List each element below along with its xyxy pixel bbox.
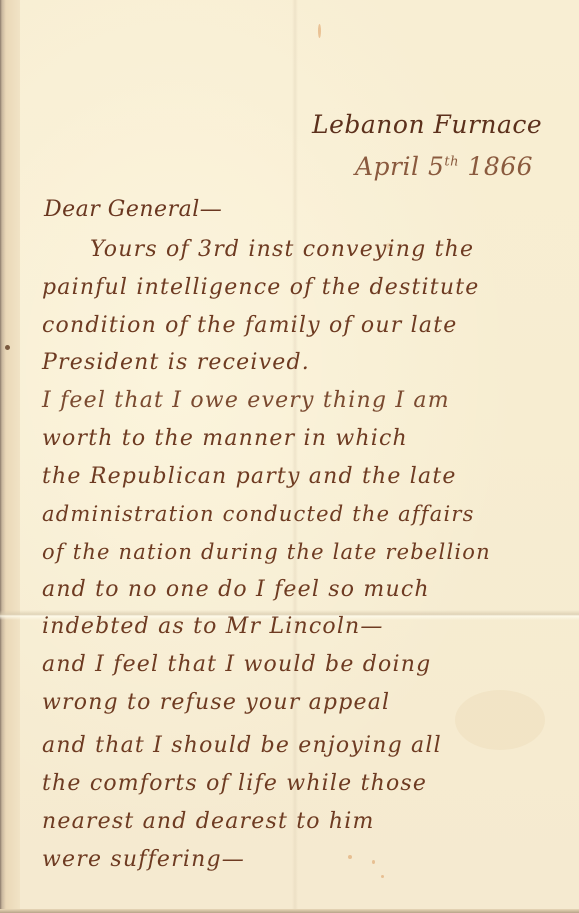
body-line: and I feel that I would be doing [42, 652, 431, 677]
foxing-stain [381, 875, 384, 878]
body-line: administration conducted the affairs [42, 502, 475, 526]
body-line: were suffering— [42, 847, 245, 872]
body-line: and to no one do I feel so much [42, 577, 430, 602]
body-line: indebted as to Mr Lincoln— [42, 614, 384, 639]
body-line: the Republican party and the late [42, 464, 457, 489]
body-line: Yours of 3rd inst conveying the [90, 237, 474, 262]
body-line: I feel that I owe every thing I am [42, 388, 450, 413]
foxing-stain [348, 855, 352, 859]
paper-bottom-edge [0, 909, 579, 913]
foxing-stain [372, 860, 375, 864]
margin-ink-mark [5, 345, 10, 350]
foxing-stain [318, 24, 321, 38]
letter-date: April 5th 1866 [355, 152, 533, 181]
letter-salutation: Dear General— [44, 197, 222, 222]
body-line: wrong to refuse your appeal [42, 690, 390, 715]
body-line: painful intelligence of the destitute [42, 275, 479, 300]
letter-place: Lebanon Furnace [312, 110, 542, 139]
date-month-day: April 5 [355, 152, 444, 181]
water-stain [455, 690, 545, 750]
body-line: worth to the manner in which [42, 426, 408, 451]
body-line: President is received. [42, 350, 310, 375]
body-line: and that I should be enjoying all [42, 733, 442, 758]
body-line: of the nation during the late rebellion [42, 540, 491, 564]
date-ordinal: th [444, 155, 459, 170]
body-line: the comforts of life while those [42, 771, 427, 796]
date-year: 1866 [467, 152, 533, 181]
body-line: condition of the family of our late [42, 313, 457, 338]
body-line: nearest and dearest to him [42, 809, 375, 834]
paper-left-edge [0, 0, 20, 913]
letter-page: Lebanon Furnace April 5th 1866 Dear Gene… [0, 0, 579, 913]
